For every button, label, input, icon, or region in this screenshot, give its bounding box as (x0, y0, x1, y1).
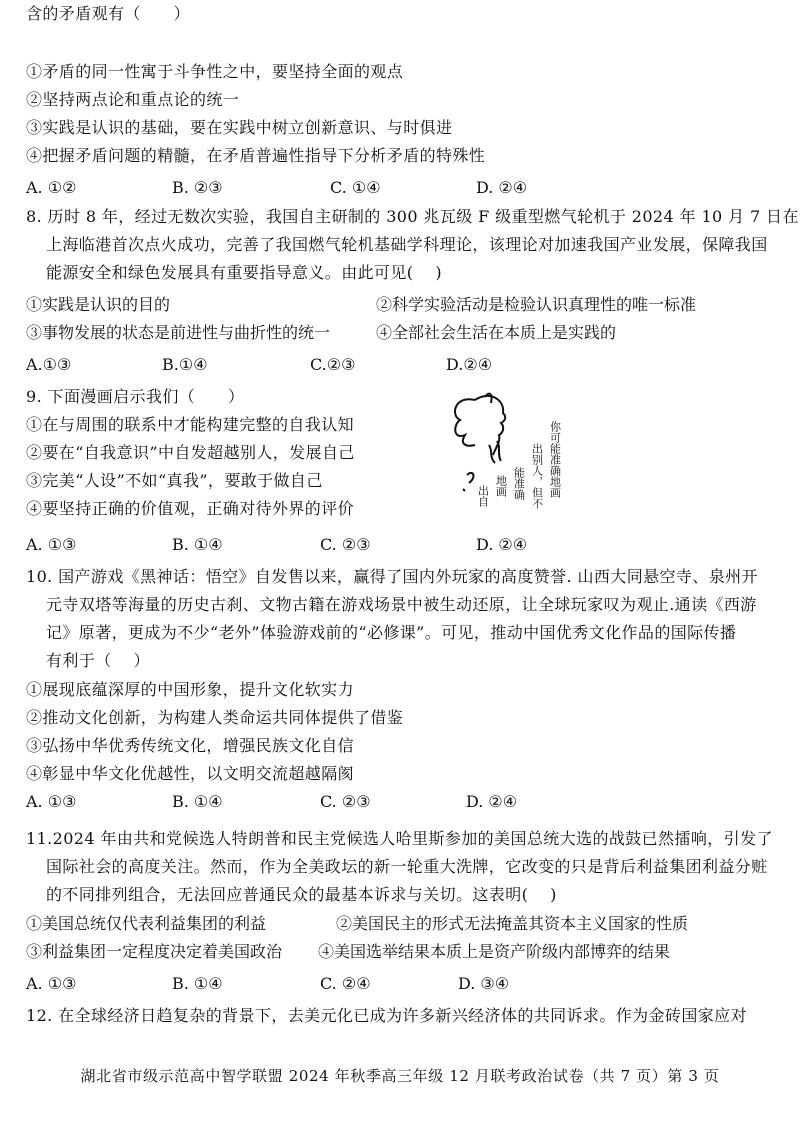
svg-text:出别人，但不: 出别人，但不 (531, 442, 544, 509)
q9-item-2: ②要在“自我意识”中自发超越别人，发展自己 (26, 442, 355, 464)
q10-option-a: A. ①③ (26, 791, 76, 813)
q11-item-4: ④美国选举结果本质上是资产阶级内部博弈的结果 (318, 941, 670, 963)
q10-item-4: ④彰显中华文化优越性，以文明交流超越隔阂 (26, 763, 354, 785)
q11-item-2: ②美国民主的形式无法掩盖其资本主义国家的性质 (336, 913, 688, 935)
q11-item-3: ③利益集团一定程度决定着美国政治 (26, 941, 282, 963)
svg-text:出自: 出自 (477, 484, 490, 507)
q10-item-1: ①展现底蕴深厚的中国形象，提升文化软实力 (26, 679, 354, 701)
q9-item-1: ①在与周围的联系中才能构建完整的自我认知 (26, 414, 354, 436)
svg-text:你可能准确地画: 你可能准确地画 (549, 420, 562, 499)
q7-item-1: ①矛盾的同一性寓于斗争性之中，要坚持全面的观点 (26, 61, 403, 83)
q9-item-4: ④要坚持正确的价值观，正确对待外界的评价 (26, 498, 354, 520)
q11-item-1: ①美国总统仅代表利益集团的利益 (26, 913, 266, 935)
q8-option-c: C.②③ (310, 354, 355, 376)
q11-stem-line-2: 国际社会的高度关注。然而，作为全美政坛的新一轮重大洗牌，它改变的只是背后利益集团… (46, 856, 768, 878)
q8-item-1: ①实践是认识的目的 (26, 294, 170, 316)
q11-stem-line-3: 的不同排列组合，无法回应普通民众的最基本诉求与关切。这表明( ) (46, 884, 557, 906)
q11-option-c: C. ②④ (320, 973, 371, 995)
q11-option-d: D. ③④ (458, 973, 509, 995)
page-footer: 湖北省市级示范高中智学联盟 2024 年秋季高三年级 12 月联考政治试卷（共 … (0, 1065, 800, 1086)
q10-item-3: ③弘扬中华优秀传统文化，增强民族文化自信 (26, 735, 354, 757)
svg-text:能准确: 能准确 (513, 466, 526, 500)
q9-option-b: B. ①④ (172, 534, 223, 556)
q7-item-4: ④把握矛盾问题的精髓，在矛盾普遍性指导下分析矛盾的特殊性 (26, 145, 485, 167)
q10-stem-line-1: 10. 国产游戏《黑神话：悟空》自发售以来，赢得了国内外玩家的高度赞誉. 山西大… (26, 566, 758, 588)
q11-stem-line-1: 11.2024 年由共和党候选人特朗普和民主党候选人哈里斯参加的美国总统大选的战… (26, 828, 773, 850)
q9-option-d: D. ②④ (476, 534, 527, 556)
q7-option-a: A. ①② (26, 177, 76, 199)
q9-option-a: A. ①③ (26, 534, 76, 556)
q7-stem-tail: 含的矛盾观有（ ） (26, 3, 190, 25)
q9-option-c: C. ②③ (320, 534, 371, 556)
q8-stem-line-1: 8. 历时 8 年，经过无数次实验，我国自主研制的 300 兆瓦级 F 级重型燃… (26, 206, 799, 228)
q7-item-3: ③实践是认识的基础，要在实践中树立创新意识、与时俱进 (26, 117, 452, 139)
q8-item-2: ②科学实验活动是检验认识真理性的唯一标准 (376, 294, 696, 316)
q7-item-2: ②坚持两点论和重点论的统一 (26, 89, 239, 111)
q9-item-3: ③完美“人设”不如“真我”，要敢于做自己 (26, 470, 323, 492)
q7-option-b: B. ②③ (172, 177, 223, 199)
q10-stem-line-3: 记》原著，更成为不少“老外”体验游戏前的“必修课”。可见，推动中国优秀文化作品的… (46, 622, 736, 644)
q7-option-c: C. ①④ (330, 177, 381, 199)
q10-option-d: D. ②④ (466, 791, 517, 813)
q12-stem: 12. 在全球经济日趋复杂的背景下，去美元化已成为许多新兴经济体的共同诉求。作为… (26, 1005, 747, 1027)
face-sketch-icon: 出自 地画 能准确 出别人，但不 你可能准确地画 (445, 385, 595, 510)
q7-option-d: D. ②④ (476, 177, 527, 199)
q10-stem-line-2: 元寺双塔等海量的历史古刹、文物古籍在游戏场景中被生动还原，让全球玩家叹为观止.通… (46, 594, 757, 616)
q10-option-b: B. ①④ (172, 791, 223, 813)
q11-option-b: B. ①④ (172, 973, 223, 995)
q10-item-2: ②推动文化创新，为构建人类命运共同体提供了借鉴 (26, 707, 403, 729)
svg-text:地画: 地画 (495, 474, 508, 498)
comic-illustration: 出自 地画 能准确 出别人，但不 你可能准确地画 (445, 385, 595, 510)
q8-item-4: ④全部社会生活在本质上是实践的 (376, 322, 616, 344)
q8-option-d: D.②④ (446, 354, 492, 376)
q9-stem: 9. 下面漫画启示我们（ ） (26, 386, 244, 408)
q8-item-3: ③事物发展的状态是前进性与曲折性的统一 (26, 322, 330, 344)
q8-option-a: A.①③ (26, 354, 71, 376)
q8-stem-line-2: 上海临港首次点火成功，完善了我国燃气轮机基础学科理论，该理论对加速我国产业发展，… (46, 234, 768, 256)
q10-stem-line-4: 有利于（ ） (46, 650, 150, 672)
q8-option-b: B.①④ (162, 354, 208, 376)
q8-stem-line-3: 能源安全和绿色发展具有重要指导意义。由此可见( ) (46, 262, 442, 284)
q10-option-c: C. ②③ (320, 791, 371, 813)
q11-option-a: A. ①③ (26, 973, 76, 995)
